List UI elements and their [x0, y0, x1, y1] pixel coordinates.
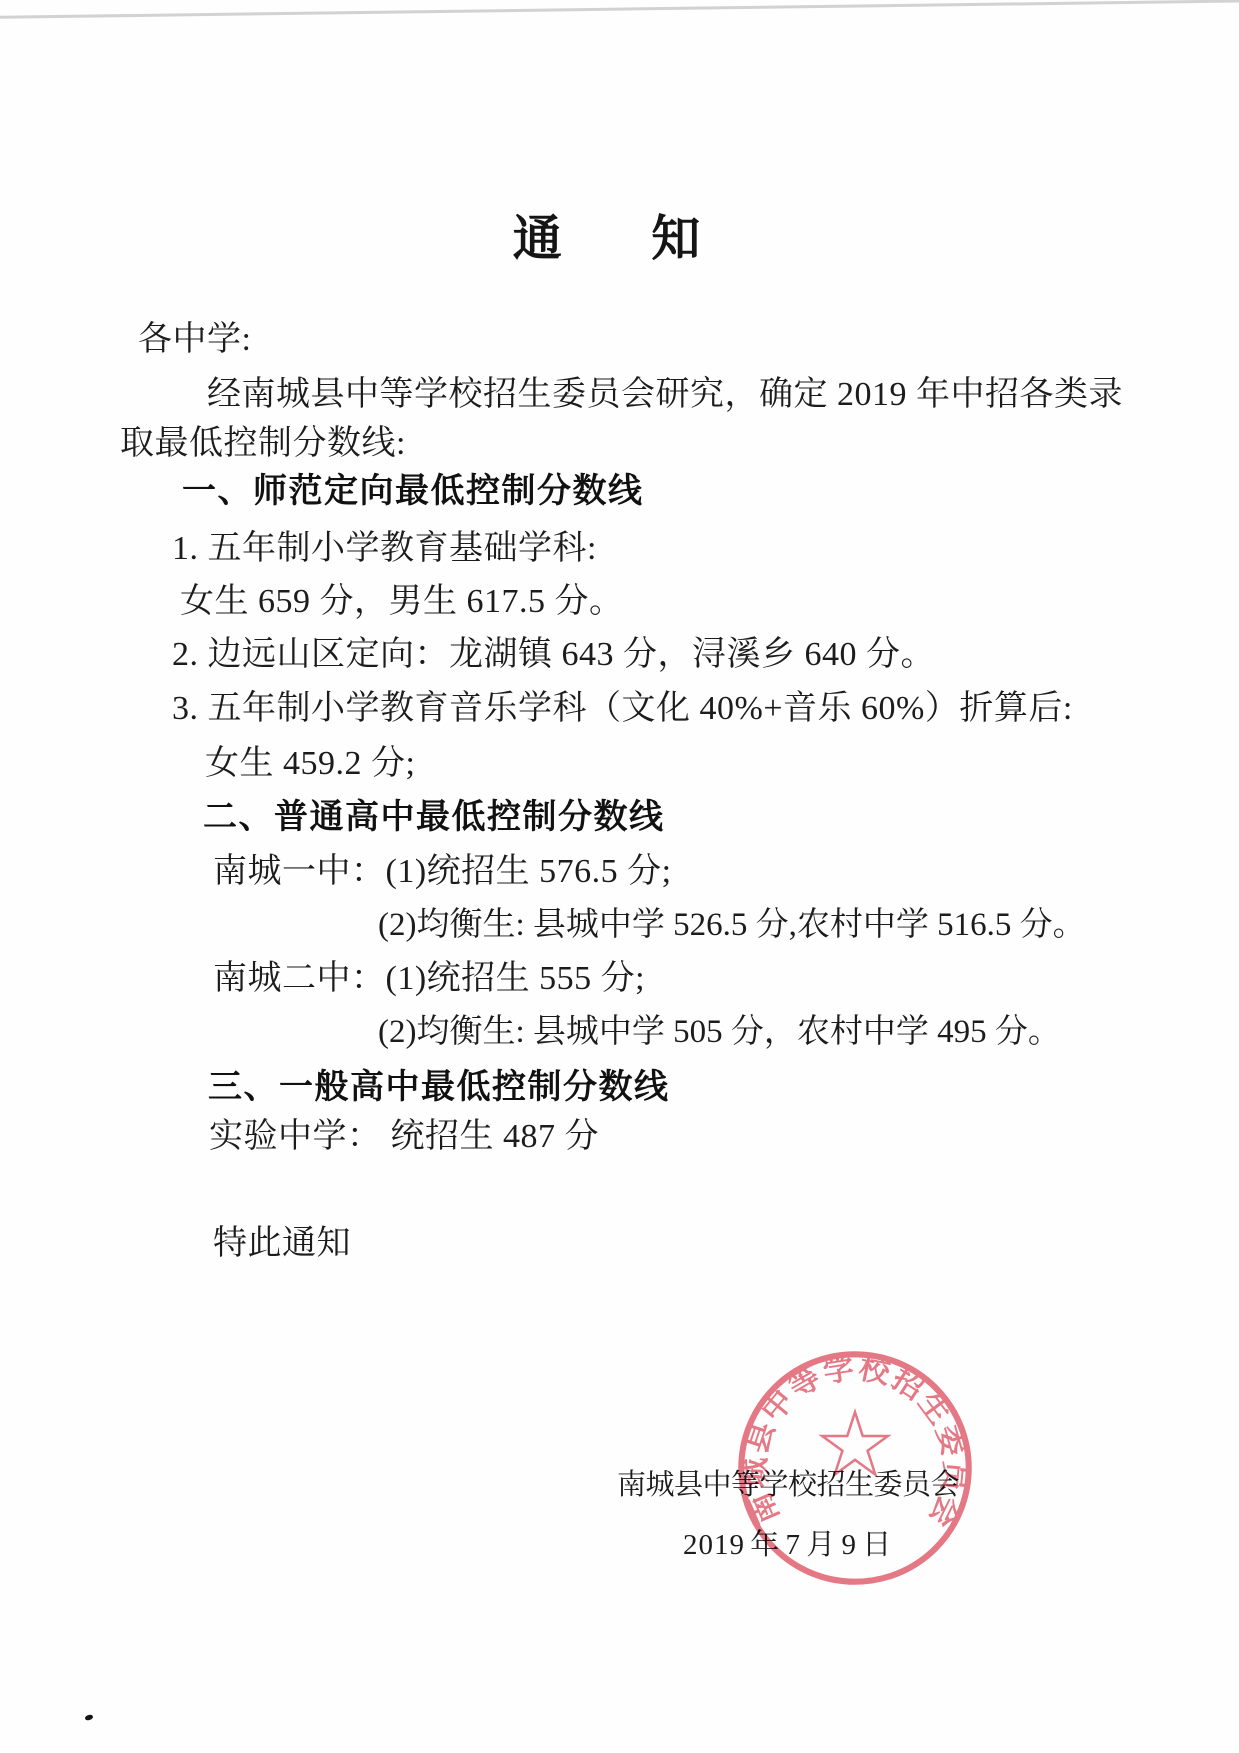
section1-item3-detail: 女生 459.2 分;	[205, 746, 415, 782]
notice-title: 通 知	[0, 200, 1227, 270]
section1-heading: 一、师范定向最低控制分数线	[182, 473, 644, 509]
section1-item3: 3. 五年制小学教育音乐学科（文化 40%+音乐 60%）折算后:	[172, 691, 1073, 727]
section1-item1-detail: 女生 659 分，男生 617.5 分。	[180, 584, 624, 620]
seal-arc-text: 南城县中等学校招生委员会	[738, 1351, 972, 1534]
section1-item1: 1. 五年制小学教育基础学科:	[172, 531, 597, 567]
scan-speck-artifact	[84, 1714, 93, 1721]
official-seal-stamp: 南城县中等学校招生委员会	[723, 1336, 987, 1600]
section2-school2-line2: (2)均衡生: 县城中学 505 分，农村中学 495 分。	[378, 1014, 1061, 1050]
section2-school2-line1: 南城二中：(1)统招生 555 分;	[213, 961, 645, 997]
scan-edge-artifact	[0, 0, 1239, 18]
scanned-notice-page: 通 知 各中学: 经南城县中等学校招生委员会研究，确定 2019 年中招各类录 …	[0, 0, 1239, 1753]
section1-item2: 2. 边远山区定向：龙湖镇 643 分，浔溪乡 640 分。	[172, 637, 935, 673]
section3-school-line: 实验中学： 统招生 487 分	[209, 1119, 599, 1155]
section3-heading: 三、一般高中最低控制分数线	[208, 1069, 670, 1105]
section2-school1-line2: (2)均衡生: 县城中学 526.5 分,农村中学 516.5 分。	[378, 907, 1086, 943]
intro-line-2: 取最低控制分数线:	[120, 426, 406, 462]
salutation-line: 各中学:	[138, 322, 251, 358]
closing-line: 特此通知	[213, 1226, 351, 1262]
intro-line-1: 经南城县中等学校招生委员会研究，确定 2019 年中招各类录	[207, 377, 1123, 413]
seal-star-icon	[822, 1412, 888, 1474]
section2-school1-line1: 南城一中：(1)统招生 576.5 分;	[213, 854, 672, 890]
section2-heading: 二、普通高中最低控制分数线	[203, 799, 665, 835]
